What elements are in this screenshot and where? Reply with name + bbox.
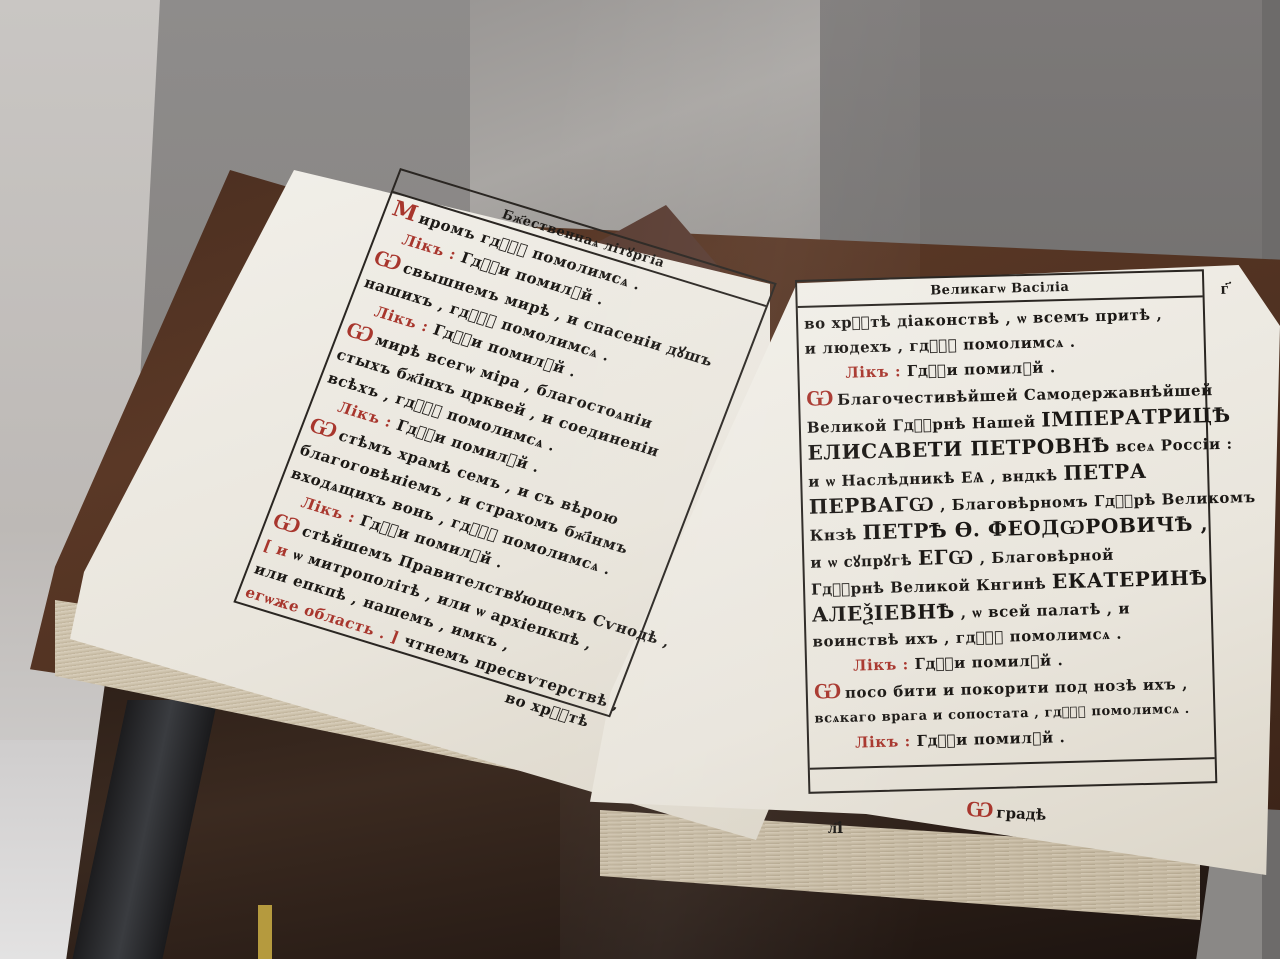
right-page-lines: во хрⷭ҇тѣ діаконствѣ , ѡ всемъ притѣ , и… [804, 301, 1209, 756]
brass-fitting [258, 905, 272, 959]
footer-rule [810, 757, 1215, 770]
page-number: л҃і [828, 818, 843, 838]
folio-number: г҃ [1220, 279, 1228, 299]
right-page-text-frame: Великагѡ Васіліа г҃ во хрⷭ҇тѣ діаконствѣ… [795, 269, 1217, 794]
catchword: Ѡградѣ [965, 796, 1047, 826]
